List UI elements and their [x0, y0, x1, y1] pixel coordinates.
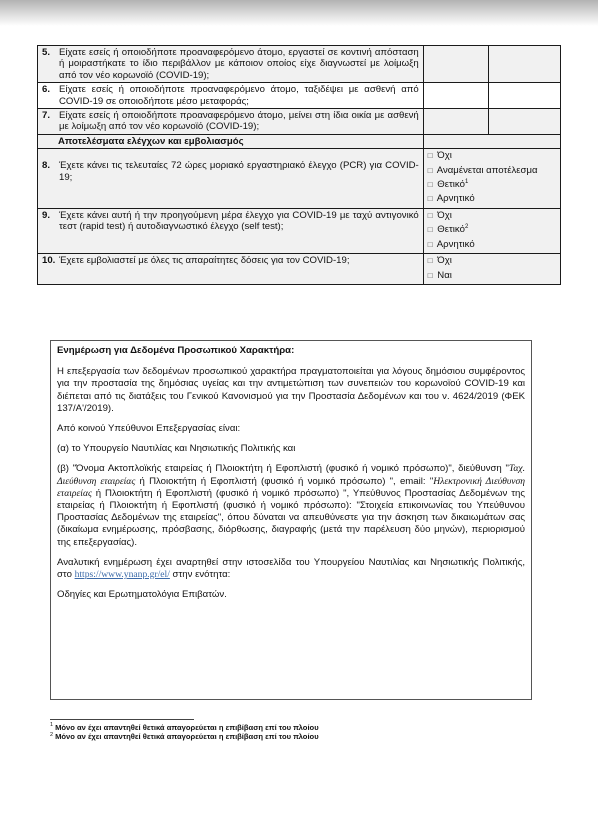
answer-yes-cell[interactable] — [423, 83, 489, 109]
checkbox-icon[interactable]: □ — [428, 166, 433, 175]
answer-no-cell[interactable] — [489, 83, 561, 109]
checkbox-icon[interactable]: □ — [428, 240, 433, 249]
footnote-ref: 1 — [465, 179, 468, 185]
question-number: 8. — [42, 160, 59, 183]
answer-yes-cell[interactable] — [423, 46, 489, 83]
question-9-options: □ Όχι □ Θετικό2 □ Αρνητικό — [423, 208, 560, 253]
checkbox-icon[interactable]: □ — [428, 225, 433, 234]
question-number: 7. — [42, 110, 59, 133]
checkbox-icon[interactable]: □ — [428, 256, 433, 265]
checkbox-icon[interactable]: □ — [428, 211, 433, 220]
question-text: Είχατε εσείς ή οποιοδήποτε προαναφερόμεν… — [59, 47, 419, 81]
question-text: Έχετε κάνει τις τελευταίες 72 ώρες μορια… — [59, 160, 419, 183]
table-row-q7: 7. Είχατε εσείς ή οποιοδήποτε προαναφερό… — [38, 109, 561, 135]
question-number: 5. — [42, 47, 59, 81]
section-heading: Αποτελέσματα ελέγχων και εμβολιασμός — [38, 134, 424, 148]
question-number: 10. — [42, 255, 56, 266]
section-empty-cell — [423, 134, 560, 148]
privacy-title: Ενημέρωση για Δεδομένα Προσωπικού Χαρακτ… — [57, 345, 525, 357]
privacy-notice-box: Ενημέρωση για Δεδομένα Προσωπικού Χαρακτ… — [50, 340, 532, 700]
option-ochi[interactable]: □ Όχι — [428, 149, 556, 163]
answer-no-cell[interactable] — [489, 109, 561, 135]
privacy-paragraph-6: Οδηγίες και Ερωτηματολόγια Επιβατών. — [57, 589, 525, 601]
privacy-paragraph-1: Η επεξεργασία των δεδομένων προσωπικού χ… — [57, 366, 525, 415]
footnote-2: 2Μόνο αν έχει απαντηθεί θετικά απαγορεύε… — [50, 732, 319, 741]
question-9-cell: 9. Έχετε κάνει αυτή ή την προηγούμενη μέ… — [38, 208, 424, 253]
footnotes: 1Μόνο αν έχει απαντηθεί θετικά απαγορεύε… — [50, 723, 319, 742]
question-8-options: □ Όχι □ Αναμένεται αποτέλεσμα □ Θετικό1 … — [423, 149, 560, 209]
table-row-q5: 5. Είχατε εσείς ή οποιοδήποτε προαναφερό… — [38, 46, 561, 83]
checkbox-icon[interactable]: □ — [428, 194, 433, 203]
question-text: Είχατε εσείς ή οποιοδήποτε προαναφερόμεν… — [59, 84, 419, 107]
question-10-options: □ Όχι □ Ναι — [423, 254, 560, 285]
question-7-cell: 7. Είχατε εσείς ή οποιοδήποτε προαναφερό… — [38, 109, 424, 135]
privacy-paragraph-2: Από κοινού Υπεύθυνοι Επεξεργασίας είναι: — [57, 423, 525, 435]
health-questionnaire-table: 5. Είχατε εσείς ή οποιοδήποτε προαναφερό… — [37, 45, 561, 285]
question-number: 6. — [42, 84, 59, 107]
checkbox-icon[interactable]: □ — [428, 180, 433, 189]
question-text: Είχατε εσείς ή οποιοδήποτε προαναφερόμεν… — [59, 110, 419, 133]
answer-yes-cell[interactable] — [423, 109, 489, 135]
privacy-paragraph-5: Αναλυτική ενημέρωση έχει αναρτηθεί στην … — [57, 557, 525, 581]
answer-no-cell[interactable] — [489, 46, 561, 83]
privacy-paragraph-4: (β) "Όνομα Ακτοπλοϊκής εταιρείας ή Πλοιο… — [57, 463, 525, 548]
table-row-q8: 8. Έχετε κάνει τις τελευταίες 72 ώρες μο… — [38, 149, 561, 209]
option-positive[interactable]: □ Θετικό2 — [428, 223, 556, 237]
option-negative[interactable]: □ Αρνητικό — [428, 192, 556, 206]
question-text: Έχετε κάνει αυτή ή την προηγούμενη μέρα … — [59, 210, 419, 233]
table-row-q10: 10. Έχετε εμβολιαστεί με όλες τις απαραί… — [38, 254, 561, 285]
table-row-section: Αποτελέσματα ελέγχων και εμβολιασμός — [38, 134, 561, 148]
option-ochi[interactable]: □ Όχι — [428, 209, 556, 223]
option-pending[interactable]: □ Αναμένεται αποτέλεσμα — [428, 164, 556, 178]
question-5-cell: 5. Είχατε εσείς ή οποιοδήποτε προαναφερό… — [38, 46, 424, 83]
question-8-cell: 8. Έχετε κάνει τις τελευταίες 72 ώρες μο… — [38, 149, 424, 209]
privacy-paragraph-3: (α) το Υπουργείο Ναυτιλίας και Νησιωτική… — [57, 443, 525, 455]
footnote-1: 1Μόνο αν έχει απαντηθεί θετικά απαγορεύε… — [50, 723, 319, 732]
question-6-cell: 6. Είχατε εσείς ή οποιοδήποτε προαναφερό… — [38, 83, 424, 109]
ministry-website-link[interactable]: https://www.ynanp.gr/el/ — [75, 569, 170, 580]
footnote-separator — [50, 719, 194, 720]
checkbox-icon[interactable]: □ — [428, 271, 433, 280]
question-10-cell: 10. Έχετε εμβολιαστεί με όλες τις απαραί… — [38, 254, 424, 285]
option-positive[interactable]: □ Θετικό1 — [428, 178, 556, 192]
question-number: 9. — [42, 210, 59, 233]
footnote-ref: 2 — [465, 224, 468, 230]
option-nai[interactable]: □ Ναι — [428, 269, 556, 283]
option-ochi[interactable]: □ Όχι — [428, 254, 556, 268]
table-row-q6: 6. Είχατε εσείς ή οποιοδήποτε προαναφερό… — [38, 83, 561, 109]
question-text: Έχετε εμβολιαστεί με όλες τις απαραίτητε… — [59, 255, 419, 266]
option-negative[interactable]: □ Αρνητικό — [428, 238, 556, 252]
viewer-top-shadow — [0, 0, 598, 26]
checkbox-icon[interactable]: □ — [428, 151, 433, 160]
table-row-q9: 9. Έχετε κάνει αυτή ή την προηγούμενη μέ… — [38, 208, 561, 253]
